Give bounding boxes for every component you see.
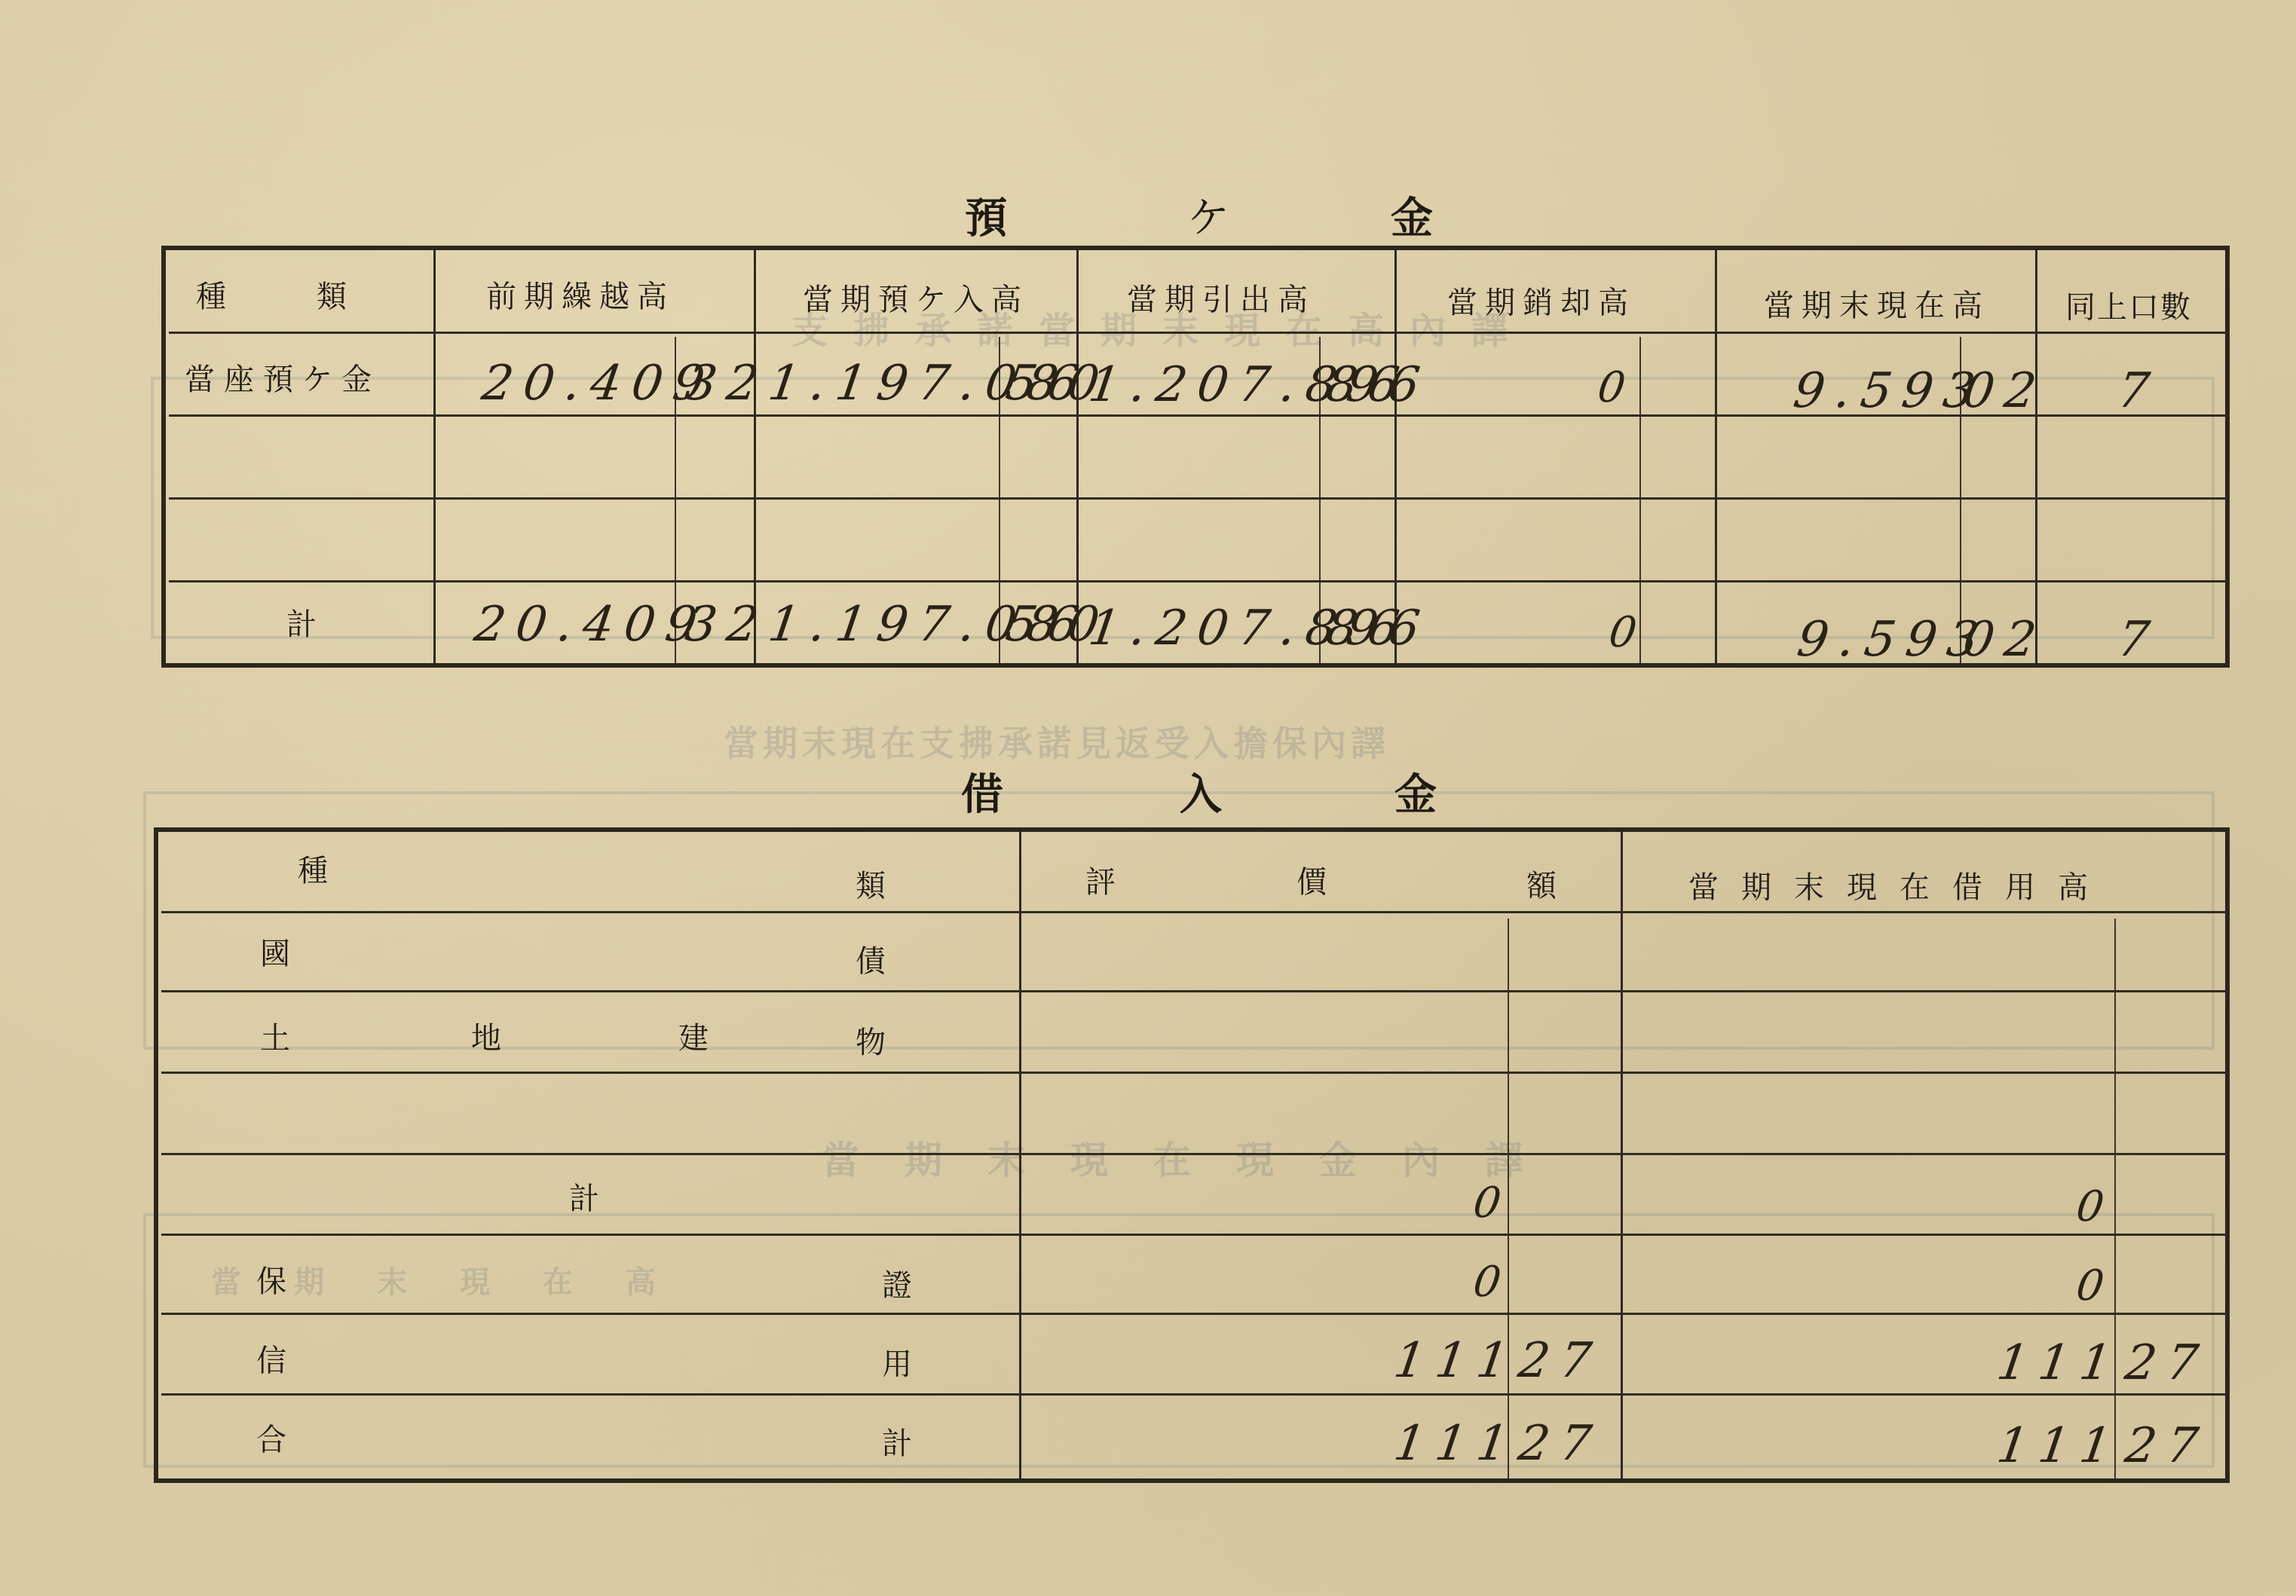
deposits-in-sen: 56 [1003, 356, 1093, 411]
header-written-off: 當期銷却高 [1447, 279, 1636, 322]
total-prior-balance-sen: 32 [682, 597, 773, 653]
row-credit-char-1: 信 [256, 1337, 286, 1380]
credit-valuation-sen: 27 [1515, 1333, 1606, 1389]
prior-balance-sen: 32 [682, 356, 773, 411]
total-label: 計 [286, 601, 317, 644]
row-credit-char-2: 用 [882, 1341, 912, 1384]
withdrawals-sen: 86 [1323, 357, 1413, 413]
row-grand-total-char-1: 合 [256, 1416, 286, 1459]
row-grand-total-char-2: 計 [882, 1420, 912, 1463]
total-prior-balance-yen: 20.409 [471, 597, 711, 653]
row-guarantee-char-2: 證 [882, 1261, 912, 1304]
col-divider [433, 250, 436, 663]
row-line [161, 990, 2227, 992]
header-withdrawals: 當期引出高 [1127, 276, 1315, 319]
grand-total-borrowed-sen: 27 [2122, 1418, 2212, 1474]
header-type-left: 種 [298, 847, 328, 890]
borrowings-title: 借 入 金 [0, 761, 2296, 814]
row-government-bonds-char-1: 國 [260, 930, 290, 973]
grand-total-borrowed-yen: 111 [1994, 1418, 2126, 1474]
header-account-count: 同上口數 [2065, 283, 2192, 326]
row-land-buildings-char-4: 物 [856, 1019, 886, 1062]
grand-total-valuation-yen: 111 [1391, 1416, 1523, 1472]
written-off-yen: 0 [1594, 363, 1639, 412]
deposits-title: 預 ケ 金 [0, 185, 2296, 237]
header-deposits-in: 當期預ケ入高 [803, 276, 1029, 319]
row-label-current-deposit: 當座預ケ金 [185, 356, 381, 399]
total-withdrawals-sen: 86 [1323, 601, 1413, 656]
row-line [161, 1313, 2227, 1315]
total-account-count: 7 [2114, 612, 2163, 668]
bleed-through-heading-2: 當期末現在支拂承諾見返受入擔保內譯 [724, 716, 1390, 766]
row-land-buildings-char-3: 建 [678, 1014, 709, 1057]
deposits-table: 種 類 前期繰越高 當期預ケ入高 當期引出高 當期銷却高 當期末現在高 同上口數… [161, 246, 2230, 668]
borrowings-title-char-1: 借 [961, 761, 1003, 821]
guarantee-valuation-yen: 0 [1470, 1258, 1514, 1307]
row-land-buildings-char-1: 土 [260, 1014, 290, 1057]
col-divider [2035, 250, 2037, 663]
deposits-title-char-1: 預 [965, 185, 1007, 245]
total-written-off-yen: 0 [1606, 608, 1650, 657]
header-type: 種 類 [196, 273, 347, 316]
row-line [161, 1153, 2227, 1155]
grand-total-valuation-sen: 27 [1515, 1416, 1606, 1472]
guarantee-borrowed-yen: 0 [2073, 1261, 2117, 1310]
header-type-right: 類 [856, 862, 886, 905]
row-line [169, 497, 2227, 500]
credit-borrowed-sen: 27 [2122, 1335, 2212, 1391]
col-divider [1019, 832, 1021, 1478]
header-prior-balance: 前期繰越高 [486, 273, 675, 316]
borrowings-table: 種 類 評 價 額 當期末現在借用高 國 債 土 地 建 物 計 0 0 保 證… [154, 827, 2230, 1483]
header-end-balance: 當期末現在高 [1764, 282, 1990, 325]
header-valuation-char-2: 價 [1296, 858, 1327, 901]
total-deposits-in-sen: 56 [1003, 597, 1093, 653]
subtotal-valuation-yen: 0 [1470, 1179, 1514, 1228]
end-balance-yen: 9.593 [1790, 363, 1989, 419]
row-line [161, 911, 2227, 913]
header-end-borrowed: 當期末現在借用高 [1688, 864, 2111, 907]
row-government-bonds-char-2: 債 [856, 937, 886, 980]
row-line [161, 1234, 2227, 1236]
col-divider [1621, 832, 1623, 1478]
borrowings-title-char-2: 入 [1180, 761, 1222, 821]
subtotal-borrowed-yen: 0 [2073, 1182, 2117, 1231]
row-line [169, 332, 2227, 334]
row-land-buildings-char-2: 地 [471, 1014, 501, 1057]
header-valuation-char-1: 評 [1085, 858, 1116, 901]
total-end-balance-sen: 02 [1960, 612, 2050, 668]
header-valuation-char-3: 額 [1526, 862, 1557, 905]
row-line [169, 580, 2227, 582]
row-line [161, 1393, 2227, 1396]
row-guarantee-char-1: 保 [256, 1258, 286, 1301]
credit-valuation-yen: 111 [1391, 1333, 1523, 1389]
row-subtotal-label: 計 [569, 1175, 599, 1218]
account-count: 7 [2114, 363, 2163, 419]
row-line [161, 1072, 2227, 1074]
borrowings-title-char-3: 金 [1394, 761, 1437, 821]
deposits-title-char-3: 金 [1391, 185, 1433, 245]
credit-borrowed-yen: 111 [1994, 1335, 2126, 1391]
end-balance-sen: 02 [1960, 363, 2050, 419]
col-divider [1715, 250, 1717, 663]
deposits-title-char-2: ケ [1187, 185, 1229, 245]
